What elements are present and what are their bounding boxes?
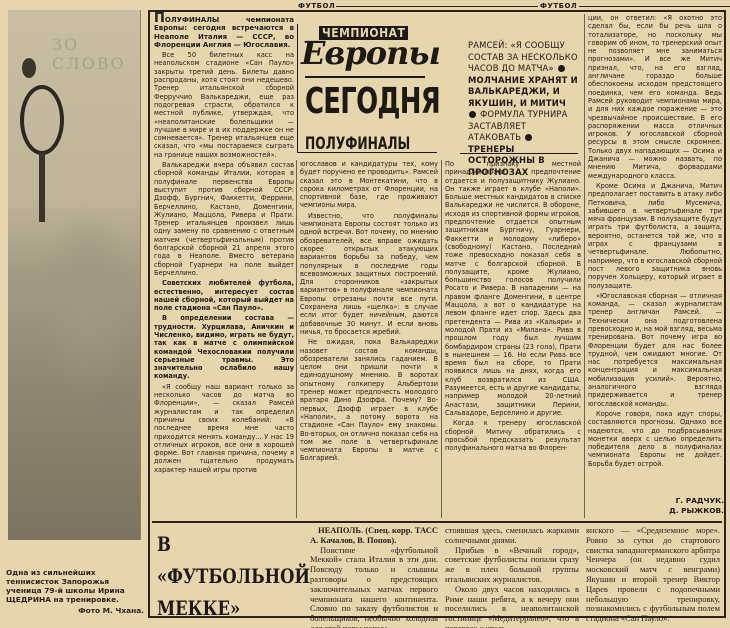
title-underline: [305, 76, 425, 78]
title-border-bottom: [297, 152, 437, 153]
deck-item: МОЛЧАНИЕ ХРАНЯТ И ВАЛЬКАРЕДЖИ, И ЯКУШИН,…: [468, 75, 578, 108]
tennis-racket-icon: [20, 85, 64, 155]
tennis-player-photo: ЗО СЛОВО: [8, 10, 141, 540]
deck-border-bottom: [460, 153, 578, 154]
paragraph: Прибыв в «Вечный город», советские футбо…: [445, 546, 579, 585]
photo-bleed-text: ЗО СЛОВО: [52, 35, 140, 73]
byline: Г. РАДЧУК. Д. РЫЖКОВ.: [640, 496, 724, 516]
author-name: Г. РАДЧУК.: [640, 496, 724, 506]
section-divider: [152, 521, 722, 523]
title-block: ЧЕМПИОНАТ Европы СЕГОДНЯ ПОЛУФИНАЛЫ: [297, 24, 437, 154]
photo-credit: Фото М. Чхана.: [78, 606, 144, 615]
caption-text: Одна из сильнейших теннисисток Запорожья…: [6, 568, 125, 604]
paragraph: «Я сообщу наш вариант только за нескольк…: [154, 383, 294, 474]
paragraph: «Югославская сборная — отличная команда,…: [588, 292, 722, 408]
paragraph: Кроме Осима и Джанича, Митич предполагае…: [588, 182, 722, 290]
mekka-headline: В «ФУТБОЛЬНОЙ МЕККЕ»: [157, 528, 280, 624]
europe-script-title: Европы: [301, 34, 440, 72]
column-divider: [296, 160, 297, 518]
paragraph: Не ожидая, пока Валькареджи назовет сост…: [300, 338, 438, 462]
bullet-icon: [469, 111, 476, 118]
paragraph: Известно, что полуфиналы чемпионата Евро…: [300, 212, 438, 336]
article-column-1: ПОЛУФИНАЛЫ чемпионата Европы: сегодня вс…: [154, 14, 294, 476]
article-lead: ПОЛУФИНАЛЫ чемпионата Европы: сегодня вс…: [154, 14, 294, 49]
paragraph: стоявшая здесь, сменилась жаркими солнеч…: [445, 526, 579, 546]
paragraph: По признаку местной принадлежности предп…: [445, 160, 581, 417]
paragraph: Когда к тренеру югославской сборной Мити…: [445, 419, 581, 452]
bullet-icon: [525, 134, 532, 141]
paragraph: Короче говоря, пока идут споры, составля…: [588, 410, 722, 468]
racket-handle: [39, 152, 45, 222]
bullet-icon: [558, 65, 565, 72]
deck-item: ФОРМУЛА ТУРНИРА ЗАСТАВЛЯЕТ АТАКОВАТЬ: [468, 109, 568, 142]
rubric-left: ФУТБОЛ: [298, 2, 335, 10]
photo-caption: Одна из сильнейших теннисисток Запорожья…: [6, 568, 144, 615]
column-divider: [584, 14, 585, 518]
rubric-rule: [336, 6, 730, 7]
title-border: [297, 24, 298, 152]
author-name: Д. РЫЖКОВ.: [640, 506, 724, 516]
paragraph: Поистине «футбольной Меккой» стала Итали…: [310, 546, 438, 628]
headline: СЕГОДНЯ: [305, 82, 440, 122]
paragraph: Около двух часов находились в Риме наши …: [445, 585, 579, 628]
deck: РАМСЕЙ: «Я СООБЩУ СОСТАВ ЗА НЕСКОЛЬКО ЧА…: [468, 40, 578, 178]
subheadline: ПОЛУФИНАЛЫ: [305, 134, 410, 154]
dateline: НЕАПОЛЬ. (Спец. корр. ТАСС А. Качалов, В…: [310, 526, 438, 546]
rubric-right: ФУТБОЛ: [538, 2, 579, 10]
paragraph: югославов и кандидатуры тех, кому будет …: [300, 160, 438, 210]
column-divider: [441, 160, 442, 518]
article-column-3: По признаку местной принадлежности предп…: [445, 160, 581, 454]
tennis-ball-icon: [22, 58, 36, 78]
mekka-column-1: НЕАПОЛЬ. (Спец. корр. ТАСС А. Качалов, В…: [310, 526, 438, 628]
paragraph: Все 50 билетных касс на неапольском стад…: [154, 51, 294, 159]
paragraph: ции, он ответил: «Я охотно это сделал бы…: [588, 14, 722, 180]
paragraph: Валькареджи вчера объявил состав сборной…: [154, 161, 294, 277]
paragraph-bold: В определении состава — трудности. Хурци…: [154, 314, 294, 380]
mekka-column-2: стоявшая здесь, сменилась жаркими солнеч…: [445, 526, 579, 628]
article-column-4: ции, он ответил: «Я охотно это сделал бы…: [588, 14, 722, 470]
mekka-column-3: янского — «Средиземное море». Ровно за с…: [586, 526, 720, 624]
paragraph: янского — «Средиземное море». Ровно за с…: [586, 526, 720, 624]
article-column-2: югославов и кандидатуры тех, кому будет …: [300, 160, 438, 465]
paragraph-bold: Советских любителей футбола, естественно…: [154, 279, 294, 312]
